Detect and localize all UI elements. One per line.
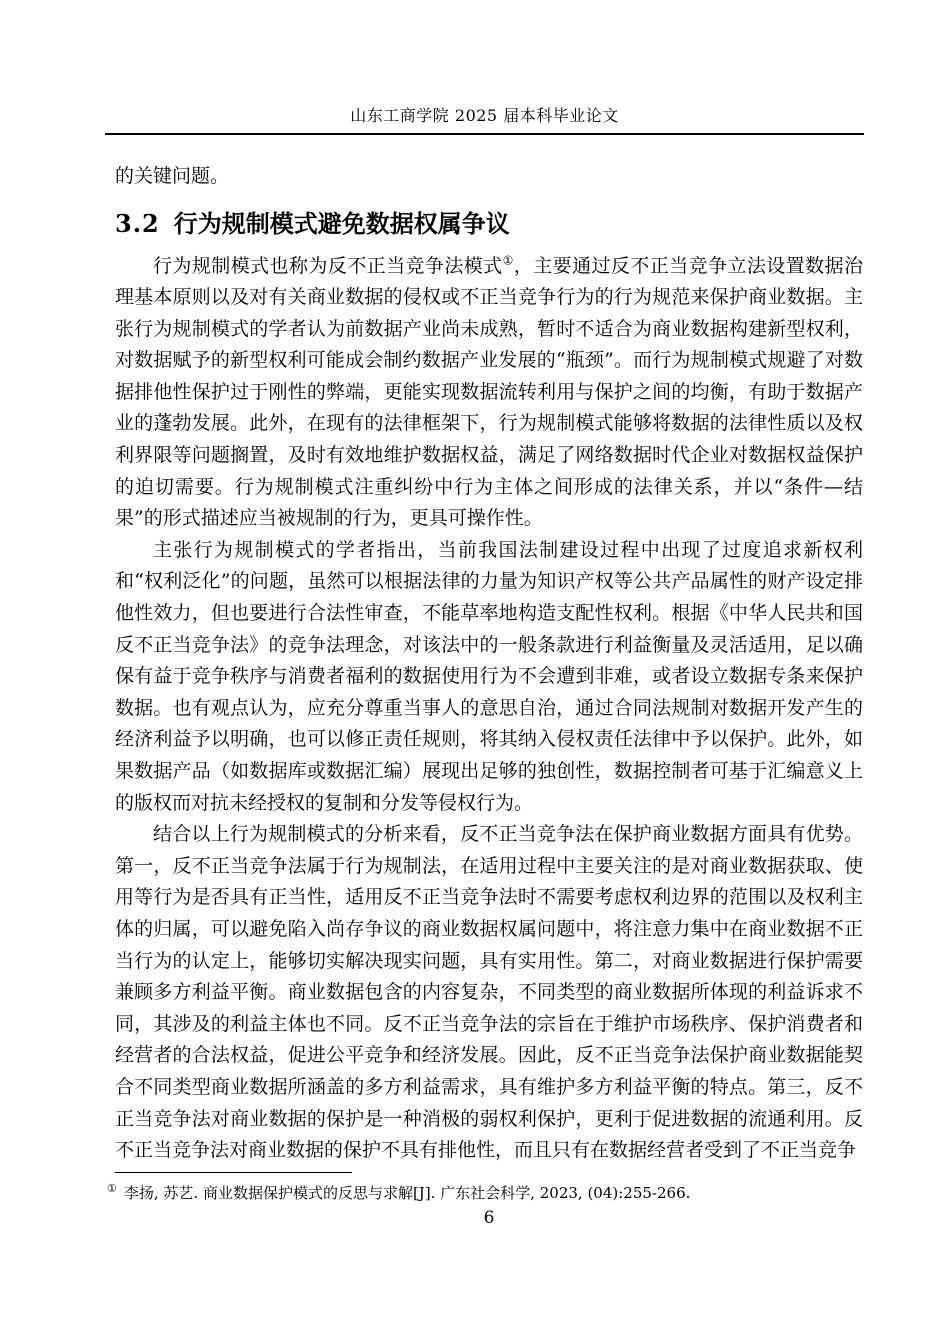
paragraph-text: ，主要通过反不正当竞争立法设置数据治理基本原则以及对有关商业数据的侵权或不正当竞… [115, 255, 863, 530]
section-number: 3.2 [115, 209, 160, 238]
paragraph-text: 结合以上行为规制模式的分析来看，反不正当竞争法在保护商业数据方面具有优势。第一，… [115, 823, 863, 1161]
section-title: 行为规制模式避免数据权属争议 [174, 210, 510, 238]
body-paragraphs: 行为规制模式也称为反不正当竞争法模式①，主要通过反不正当竞争立法设置数据治理基本… [115, 251, 863, 1167]
footnote-separator [115, 1172, 352, 1173]
body-paragraph: 结合以上行为规制模式的分析来看，反不正当竞争法在保护商业数据方面具有优势。第一，… [115, 819, 863, 1167]
paragraph-text: 主张行为规制模式的学者指出，当前我国法制建设过程中出现了过度追求新权利和“权利泛… [115, 539, 863, 814]
footnote-ref-superscript: ① [503, 253, 514, 267]
footnote: ①李扬, 苏艺. 商业数据保护模式的反思与求解[J]. 广东社会科学, 2023… [107, 1182, 867, 1204]
page-header: 山东工商学院 2025 届本科毕业论文 [105, 106, 864, 135]
header-title: 山东工商学院 2025 届本科毕业论文 [105, 106, 864, 126]
footnote-text: 李扬, 苏艺. 商业数据保护模式的反思与求解[J]. 广东社会科学, 2023,… [124, 1184, 691, 1202]
body-paragraph: 主张行为规制模式的学者指出，当前我国法制建设过程中出现了过度追求新权利和“权利泛… [115, 535, 863, 819]
page-number: 6 [115, 1206, 863, 1230]
section-heading: 3.2行为规制模式避免数据权属争议 [115, 206, 863, 242]
body-paragraph: 行为规制模式也称为反不正当竞争法模式①，主要通过反不正当竞争立法设置数据治理基本… [115, 251, 863, 535]
footnote-marker: ① [107, 1182, 117, 1195]
paragraph-text: 行为规制模式也称为反不正当竞争法模式 [153, 255, 503, 277]
thesis-page: 山东工商学院 2025 届本科毕业论文 的关键问题。 3.2行为规制模式避免数据… [0, 0, 950, 1344]
carryover-paragraph: 的关键问题。 [115, 161, 863, 193]
